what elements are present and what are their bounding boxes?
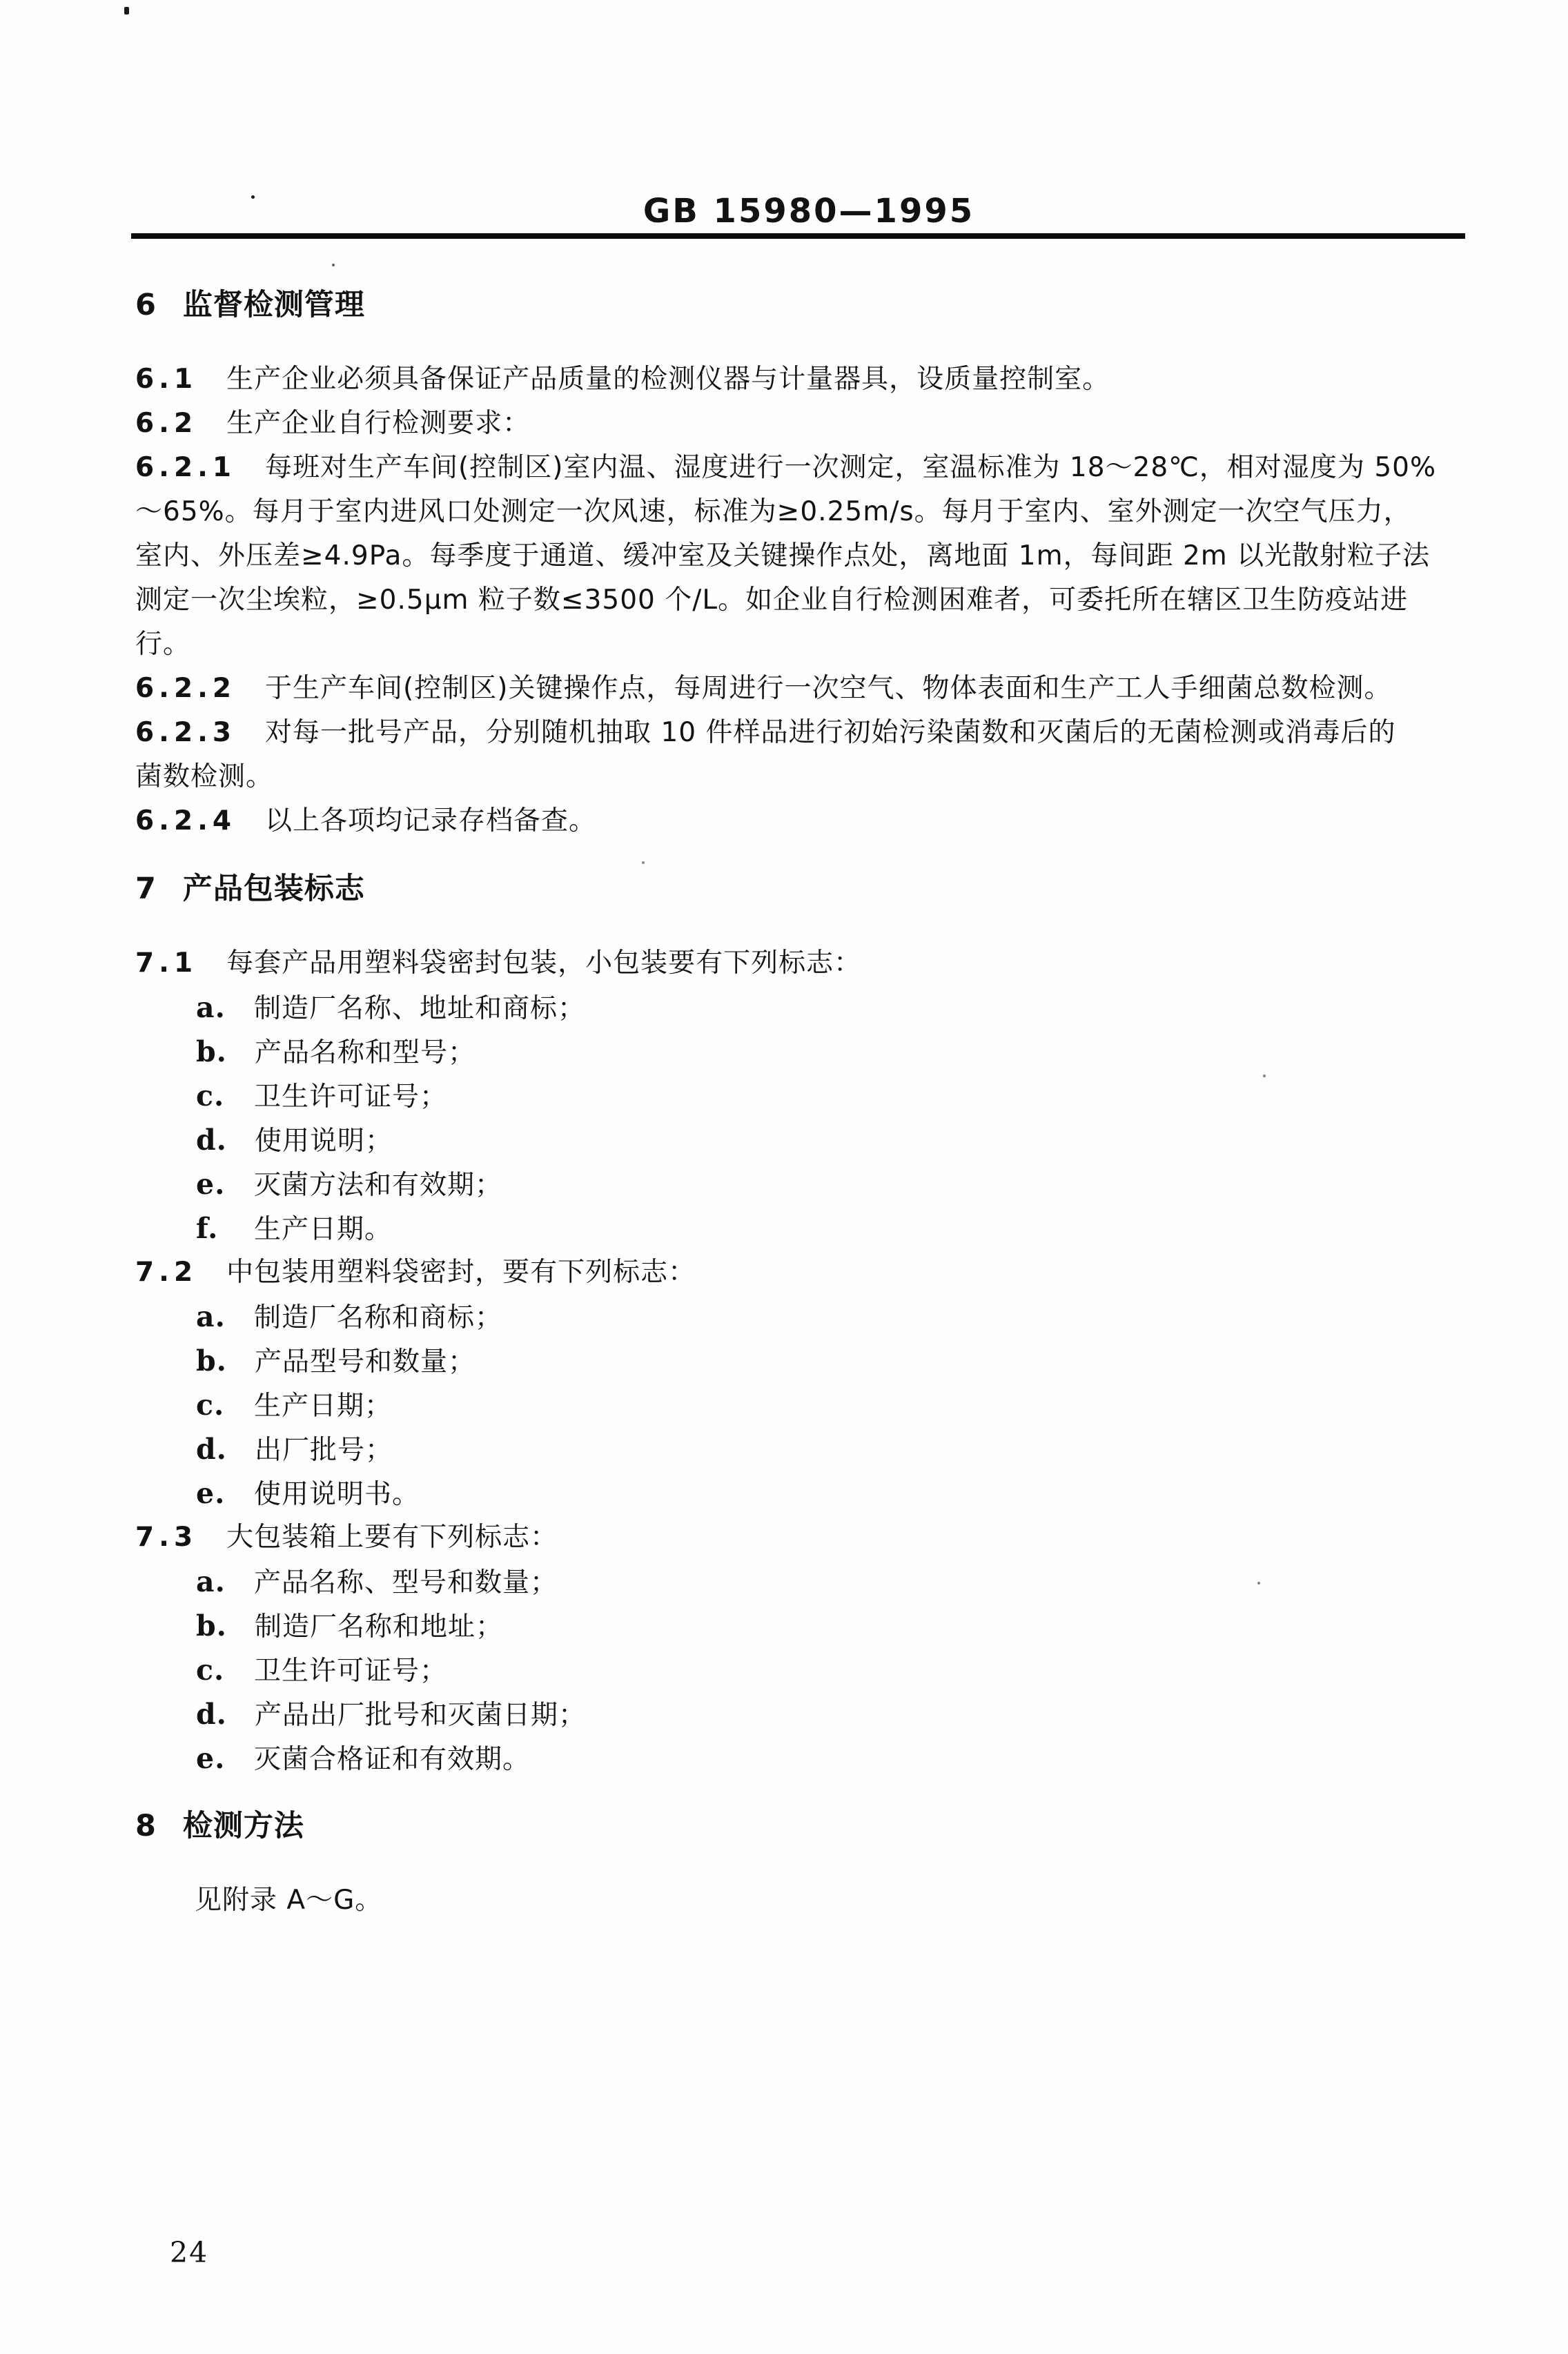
clause-continuation-line: 测定一次尘埃粒，≥0.5μm 粒子数≤3500 个/L。如企业自行检测困难者，可… xyxy=(135,578,1451,622)
list-item-text: 产品名称和型号； xyxy=(255,1037,476,1068)
clause-number: 7.2 xyxy=(135,1257,197,1288)
clause-number: 7.3 xyxy=(135,1522,197,1553)
list-item-letter: e. xyxy=(196,1736,226,1781)
clause-text: 每套产品用塑料袋密封包装，小包装要有下列标志： xyxy=(226,948,861,979)
clause-line: 7.1每套产品用塑料袋密封包装，小包装要有下列标志： xyxy=(135,941,1451,985)
list-item-letter: a. xyxy=(196,985,226,1030)
list-item: e.使用说明书。 xyxy=(135,1471,1451,1516)
list-item-letter: b. xyxy=(196,1339,227,1383)
section-heading: 6监督检测管理 xyxy=(135,283,1451,327)
list-item: e.灭菌方法和有效期； xyxy=(135,1162,1451,1206)
section-number: 7 xyxy=(135,867,157,911)
section-heading: 8检测方法 xyxy=(135,1804,1451,1848)
section-title: 检测方法 xyxy=(183,1809,304,1843)
clause-continuation-line: 行。 xyxy=(135,622,1451,667)
list-item: a.产品名称、型号和数量； xyxy=(135,1560,1451,1604)
clause-number: 7.1 xyxy=(135,948,197,979)
clause-line: 7.3大包装箱上要有下列标志： xyxy=(135,1516,1451,1560)
list-item-letter: b. xyxy=(196,1604,227,1648)
list-item: a.制造厂名称和商标； xyxy=(135,1295,1451,1339)
document-body: 6监督检测管理6.1生产企业必须具备保证产品质量的检测仪器与计量器具，设质量控制… xyxy=(135,283,1451,1923)
list-item: b.产品名称和型号； xyxy=(135,1030,1451,1074)
list-item-text: 制造厂名称和商标； xyxy=(254,1302,502,1333)
list-item-letter: d. xyxy=(196,1427,227,1471)
scan-artifact-dot xyxy=(332,264,335,266)
list-item-letter: d. xyxy=(196,1118,227,1162)
list-item: d.出厂批号； xyxy=(135,1427,1451,1471)
list-item-text: 出厂批号； xyxy=(255,1435,393,1466)
list-item-text: 制造厂名称和地址； xyxy=(255,1611,503,1642)
list-item-letter: d. xyxy=(196,1692,227,1736)
clause-line: 6.2.1每班对生产车间(控制区)室内温、湿度进行一次测定，室温标准为 18～2… xyxy=(135,446,1451,490)
list-item: c.卫生许可证号； xyxy=(135,1648,1451,1692)
clause-number: 6.2.2 xyxy=(135,673,236,704)
clause-line: 6.2.4以上各项均记录存档备查。 xyxy=(135,799,1451,843)
page-number: 24 xyxy=(170,2236,208,2269)
list-item: a.制造厂名称、地址和商标； xyxy=(135,985,1451,1030)
list-item-text: 卫生许可证号； xyxy=(254,1656,447,1687)
clause-line: 6.2.2于生产车间(控制区)关键操作点，每周进行一次空气、物体表面和生产工人手… xyxy=(135,667,1451,711)
list-item-text: 灭菌方法和有效期； xyxy=(254,1170,502,1201)
standard-code: GB 15980—1995 xyxy=(25,195,1568,228)
clause-number: 6.2 xyxy=(135,408,197,439)
scan-artifact-dot xyxy=(1257,1582,1260,1585)
clause-text: 以上各项均记录存档备查。 xyxy=(265,805,596,836)
list-item: e.灭菌合格证和有效期。 xyxy=(135,1736,1451,1781)
clause-line: 6.1生产企业必须具备保证产品质量的检测仪器与计量器具，设质量控制室。 xyxy=(135,357,1451,402)
list-item-letter: c. xyxy=(196,1383,226,1427)
list-item: d.使用说明； xyxy=(135,1118,1451,1162)
list-item-text: 灭菌合格证和有效期。 xyxy=(254,1744,530,1775)
clause-text: 生产企业必须具备保证产品质量的检测仪器与计量器具，设质量控制室。 xyxy=(226,364,1110,395)
list-item-letter: a. xyxy=(196,1295,226,1339)
clause-continuation-line: ～65%。每月于室内进风口处测定一次风速，标准为≥0.25m/s。每月于室内、室… xyxy=(135,490,1451,534)
list-item-letter: b. xyxy=(196,1030,227,1074)
scan-artifact-dot xyxy=(124,7,129,14)
list-item-text: 使用说明； xyxy=(255,1126,393,1157)
clause-text: 每班对生产车间(控制区)室内温、湿度进行一次测定，室温标准为 18～28℃，相对… xyxy=(265,452,1436,483)
section-number: 6 xyxy=(135,283,157,327)
scan-artifact-dot xyxy=(1263,1075,1266,1077)
list-item-text: 产品出厂批号和灭菌日期； xyxy=(255,1700,586,1731)
list-item: b.制造厂名称和地址； xyxy=(135,1604,1451,1648)
section-heading: 7产品包装标志 xyxy=(135,867,1451,911)
clause-number: 6.1 xyxy=(135,364,197,395)
clause-text: 大包装箱上要有下列标志： xyxy=(226,1522,558,1553)
list-item-letter: f. xyxy=(196,1206,226,1250)
list-item-letter: e. xyxy=(196,1471,226,1516)
list-item: f.生产日期。 xyxy=(135,1206,1451,1250)
section-number: 8 xyxy=(135,1804,157,1848)
clause-continuation-line: 室内、外压差≥4.9Pa。每季度于通道、缓冲室及关键操作点处，离地面 1m，每间… xyxy=(135,534,1451,578)
clause-number: 6.2.4 xyxy=(135,805,236,836)
scan-artifact-dot xyxy=(251,195,255,199)
clause-line: 7.2中包装用塑料袋密封，要有下列标志： xyxy=(135,1250,1451,1295)
list-item-text: 生产日期； xyxy=(254,1391,392,1422)
clause-line: 6.2生产企业自行检测要求： xyxy=(135,402,1451,446)
clause-text: 对每一批号产品，分别随机抽取 10 件样品进行初始污染菌数和灭菌后的无菌检测或消… xyxy=(265,717,1395,748)
section-title: 产品包装标志 xyxy=(183,872,365,906)
list-item-text: 生产日期。 xyxy=(254,1214,392,1245)
document-page: GB 15980—1995 6监督检测管理6.1生产企业必须具备保证产品质量的检… xyxy=(0,0,1568,2354)
list-item-letter: e. xyxy=(196,1162,226,1206)
list-item-text: 使用说明书。 xyxy=(254,1479,420,1510)
clause-continuation-line: 菌数检测。 xyxy=(135,755,1451,799)
clause-text: 于生产车间(控制区)关键操作点，每周进行一次空气、物体表面和生产工人手细菌总数检… xyxy=(265,673,1391,704)
list-item-letter: a. xyxy=(196,1560,226,1604)
list-item-text: 产品型号和数量； xyxy=(255,1346,476,1377)
list-item: c.生产日期； xyxy=(135,1383,1451,1427)
list-item: d.产品出厂批号和灭菌日期； xyxy=(135,1692,1451,1736)
clause-text: 生产企业自行检测要求： xyxy=(226,408,530,439)
list-item-letter: c. xyxy=(196,1074,226,1118)
list-item-letter: c. xyxy=(196,1648,226,1692)
header-rule xyxy=(131,233,1465,239)
clause-text: 中包装用塑料袋密封，要有下列标志： xyxy=(226,1257,696,1288)
list-item: b.产品型号和数量； xyxy=(135,1339,1451,1383)
clause-line: 6.2.3对每一批号产品，分别随机抽取 10 件样品进行初始污染菌数和灭菌后的无… xyxy=(135,711,1451,755)
clause-number: 6.2.1 xyxy=(135,452,236,483)
section-title: 监督检测管理 xyxy=(183,288,365,322)
paragraph-line: 见附录 A～G。 xyxy=(135,1879,1451,1923)
list-item-text: 产品名称、型号和数量； xyxy=(254,1567,558,1598)
list-item-text: 制造厂名称、地址和商标； xyxy=(254,993,585,1024)
scan-artifact-dot xyxy=(642,861,645,864)
list-item: c.卫生许可证号； xyxy=(135,1074,1451,1118)
clause-number: 6.2.3 xyxy=(135,717,236,748)
list-item-text: 卫生许可证号； xyxy=(254,1081,447,1112)
